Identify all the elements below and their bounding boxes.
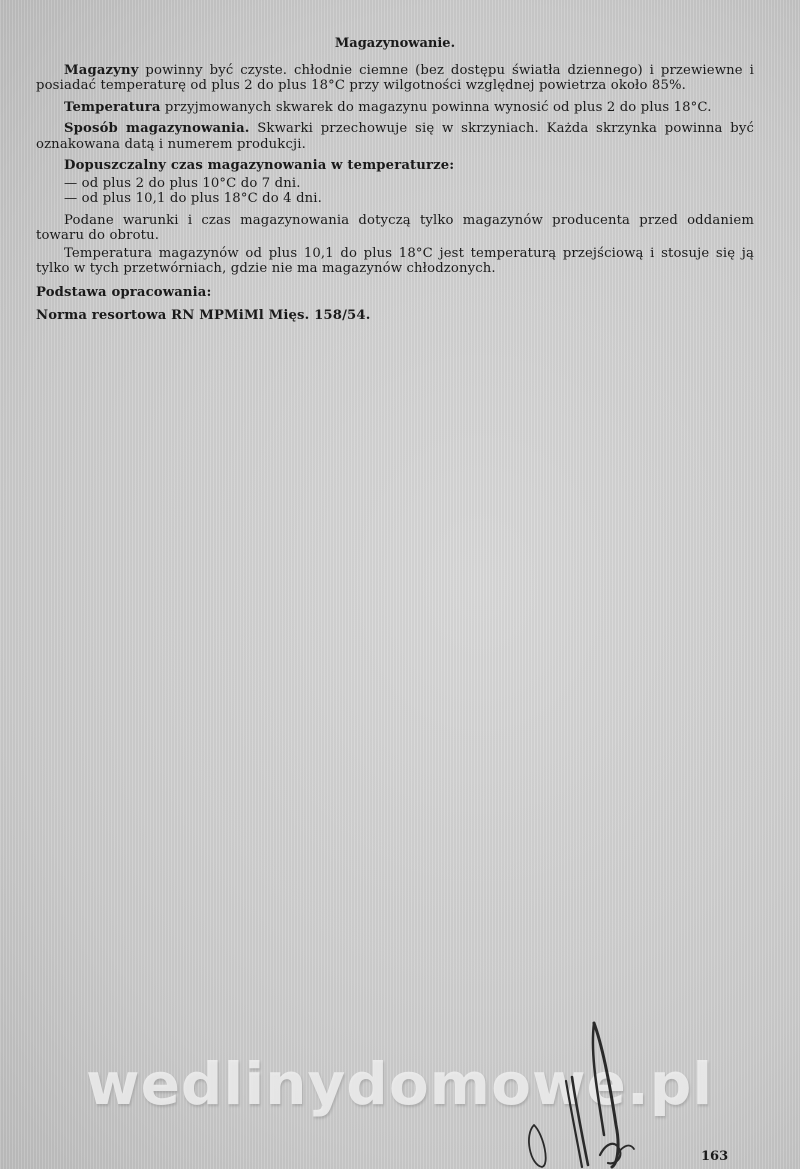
section-title: Magazynowanie. [36, 36, 754, 52]
paragraph-text: powinny być czyste. chłodnie ciemne (bez… [36, 63, 754, 94]
document-body: Magazynowanie. Magazyny powinny być czys… [36, 36, 754, 324]
note-paragraph: Temperatura magazynów od plus 10,1 do pl… [36, 246, 754, 277]
basis-label: Podstawa opracowania: [36, 285, 754, 301]
signature-icon [520, 1015, 640, 1169]
paragraph-lead: Sposób magazynowania. [64, 121, 250, 136]
storage-time-heading: Dopuszczalny czas magazynowania w temper… [64, 158, 754, 174]
paragraph-warehouses: Magazyny powinny być czyste. chłodnie ci… [36, 63, 754, 94]
storage-time-item: — od plus 10,1 do plus 18°C do 4 dni. [64, 191, 754, 207]
page-number: 163 [701, 1149, 728, 1164]
basis-value: Norma resortowa RN MPMiMl Mięs. 158/54. [36, 308, 754, 324]
storage-time-item: — od plus 2 do plus 10°C do 7 dni. [64, 176, 754, 192]
paragraph-text: przyjmowanych skwarek do magazynu powinn… [161, 100, 712, 115]
paragraph-temperature: Temperatura przyjmowanych skwarek do mag… [36, 100, 754, 116]
note-paragraph: Podane warunki i czas magazynowania doty… [36, 213, 754, 244]
paragraph-lead: Magazyny [64, 63, 139, 78]
paragraph-lead: Temperatura [64, 100, 161, 115]
paragraph-storage-method: Sposób magazynowania. Skwarki przechowuj… [36, 121, 754, 152]
